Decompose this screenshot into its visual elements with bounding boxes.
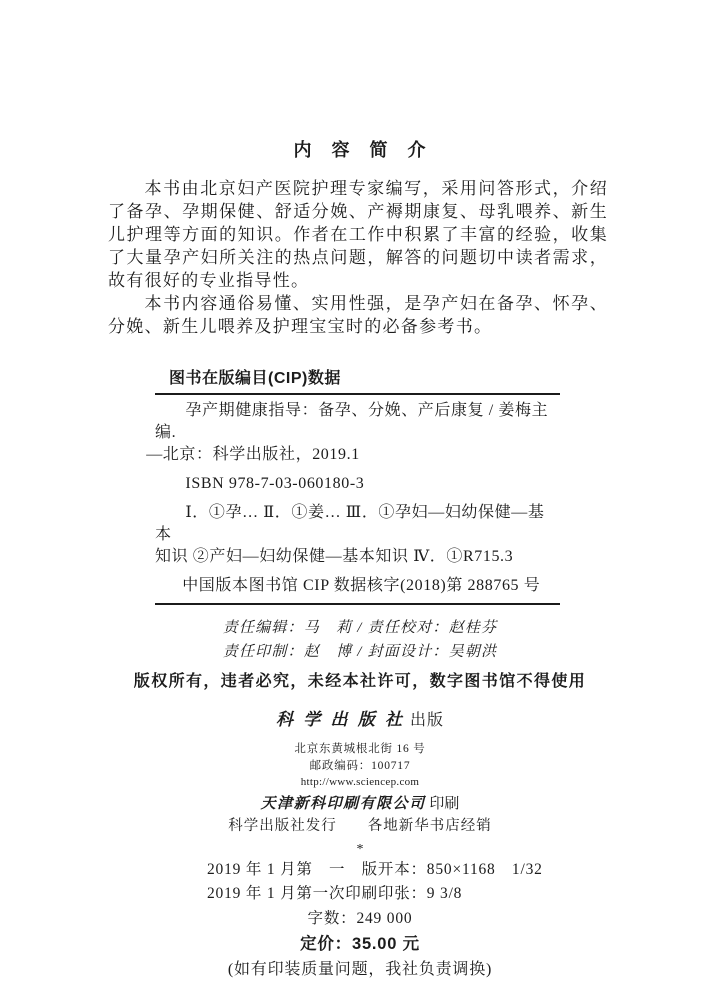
- format-info: 开本：850×1168 1/32: [378, 861, 543, 878]
- separator-asterisk: *: [0, 842, 720, 858]
- distribution-line: 科学出版社发行 各地新华书店经销: [0, 817, 720, 836]
- cip-publisher-line: —北京：科学出版社，2019.1: [155, 444, 560, 466]
- printer-line: 天津新科印刷有限公司 印刷: [0, 794, 720, 814]
- cip-top-rule: [155, 393, 560, 395]
- edition-info: 2019 年 1 月第 一 版: [207, 858, 378, 882]
- book-copyright-page: 内 容 简 介 本书由北京妇产医院护理专家编写，采用问答形式，介绍了备孕、孕期保…: [0, 0, 720, 1000]
- credits-line-printing: 责任印制：赵 博 / 封面设计：吴朝洪: [0, 640, 720, 664]
- cip-body: 孕产期健康指导：备孕、分娩、产后康复 / 姜梅主编. —北京：科学出版社，201…: [155, 400, 560, 597]
- word-count: 字数：249 000: [0, 908, 720, 930]
- price-line: 定价：35.00 元: [0, 933, 720, 956]
- cip-classification-line-1: Ⅰ．①孕… Ⅱ．①姜… Ⅲ．①孕妇—妇幼保健—基本: [155, 502, 560, 546]
- cip-isbn: ISBN 978-7-03-060180-3: [155, 473, 560, 495]
- publisher-url: http://www.sciencep.com: [0, 775, 720, 790]
- cip-record-number: 中国版本图书馆 CIP 数据核字(2018)第 288765 号: [155, 575, 560, 597]
- sheets-info: 印张：9 3/8: [378, 885, 462, 902]
- publisher-name-suffix: 出版: [405, 712, 444, 729]
- printing-info: 2019 年 1 月第一次印刷: [207, 882, 378, 906]
- content-summary: 本书由北京妇产医院护理专家编写，采用问答形式，介绍了备孕、孕期保健、舒适分娩、产…: [108, 177, 608, 338]
- copyright-notice: 版权所有，违者必究，未经本社许可，数字图书馆不得使用: [0, 671, 720, 693]
- cip-book-title-line: 孕产期健康指导：备孕、分娩、产后康复 / 姜梅主编.: [155, 400, 560, 444]
- content-summary-title: 内 容 简 介: [0, 0, 720, 162]
- publisher-name-line: 科 学 出 版 社 出版: [0, 708, 720, 733]
- publisher-address: 北京东黄城根北街 16 号: [0, 741, 720, 758]
- publisher-postcode: 邮政编码：100717: [0, 758, 720, 775]
- cip-bottom-rule: [155, 603, 560, 605]
- colophon-block: 2019 年 1 月第 一 版开本：850×1168 1/32 2019 年 1…: [0, 858, 720, 981]
- credits-line-editors: 责任编辑：马 莉 / 责任校对：赵桂芬: [0, 616, 720, 640]
- publisher-block: 科 学 出 版 社 出版 北京东黄城根北街 16 号 邮政编码：100717 h…: [0, 708, 720, 858]
- printer-suffix: 印刷: [426, 796, 460, 812]
- quality-note: (如有印装质量问题，我社负责调换): [0, 958, 720, 981]
- cip-classification-line-2: 知识 ②产妇—妇幼保健—基本知识 Ⅳ．①R715.3: [155, 546, 560, 568]
- publisher-name: 科 学 出 版 社: [276, 710, 405, 729]
- printing-row: 2019 年 1 月第一次印刷印张：9 3/8: [207, 882, 720, 906]
- summary-paragraph-2: 本书内容通俗易懂、实用性强，是孕产妇在备孕、怀孕、分娩、新生儿喂养及护理宝宝时的…: [108, 292, 608, 338]
- summary-paragraph-1: 本书由北京妇产医院护理专家编写，采用问答形式，介绍了备孕、孕期保健、舒适分娩、产…: [108, 177, 608, 292]
- cip-data-block: 图书在版编目(CIP)数据 孕产期健康指导：备孕、分娩、产后康复 / 姜梅主编.…: [155, 368, 560, 605]
- printer-name: 天津新科印刷有限公司: [261, 796, 426, 812]
- cip-header: 图书在版编目(CIP)数据: [169, 368, 560, 390]
- staff-credits: 责任编辑：马 莉 / 责任校对：赵桂芬 责任印制：赵 博 / 封面设计：吴朝洪: [0, 616, 720, 664]
- edition-row: 2019 年 1 月第 一 版开本：850×1168 1/32: [207, 858, 720, 882]
